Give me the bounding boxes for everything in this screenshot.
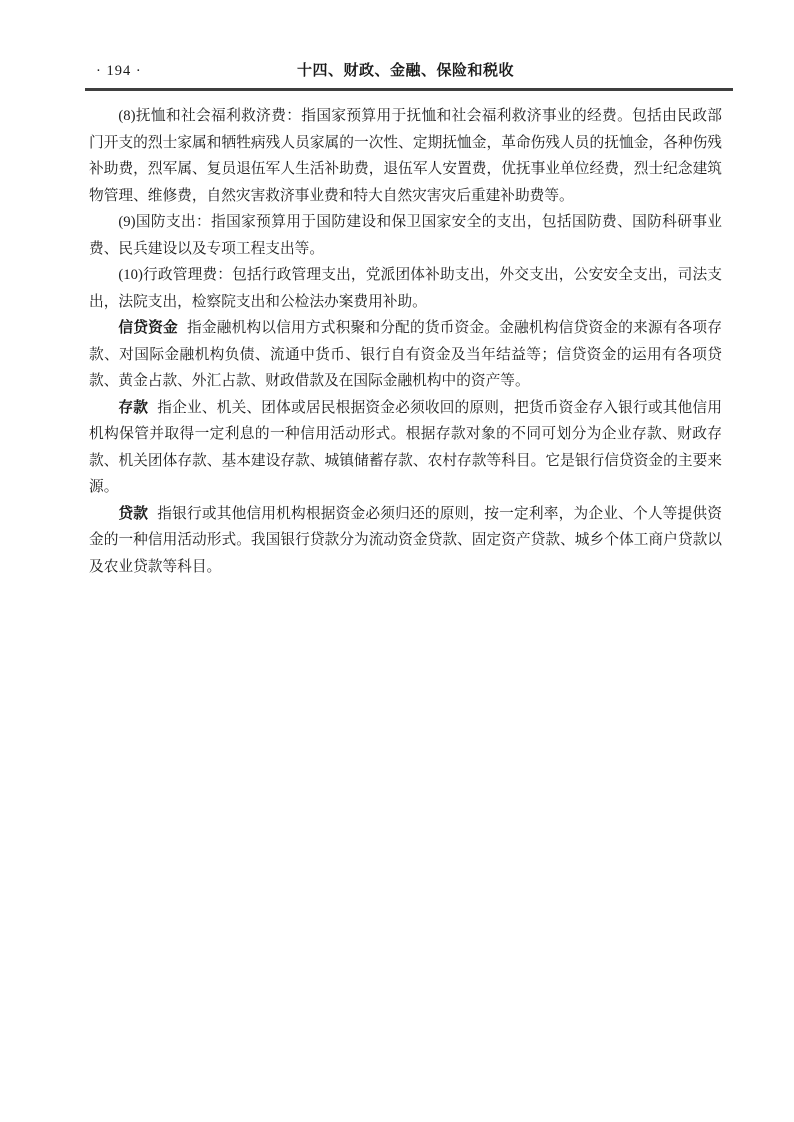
paragraph-text: 指企业、机关、团体或居民根据资金必须收回的原则，把货币资金存入银行或其他信用机构…: [89, 400, 722, 496]
header-rule: [85, 88, 733, 91]
paragraph-admin-expense: (10)行政管理费：包括行政管理支出，党派团体补助支出，外交支出，公安安全支出，…: [89, 262, 722, 315]
term-label: 信贷资金: [118, 320, 177, 336]
paragraph-text: 指银行或其他信用机构根据资金必须归还的原则，按一定利率，为企业、个人等提供资金的…: [89, 506, 722, 575]
paragraph-pension-welfare: (8)抚恤和社会福利救济费：指国家预算用于抚恤和社会福利救济事业的经费。包括由民…: [89, 103, 722, 209]
term-label: 存款: [118, 400, 148, 416]
paragraph-text: (9)国防支出：指国家预算用于国防建设和保卫国家安全的支出，包括国防费、国防科研…: [89, 214, 722, 257]
paragraph-text: (10)行政管理费：包括行政管理支出，党派团体补助支出，外交支出，公安安全支出，…: [89, 267, 722, 310]
page-header: · 194 · 十四、财政、金融、保险和税收: [89, 60, 722, 82]
page-body: (8)抚恤和社会福利救济费：指国家预算用于抚恤和社会福利救济事业的经费。包括由民…: [89, 103, 722, 580]
paragraph-text: 指金融机构以信用方式积聚和分配的货币资金。金融机构信贷资金的来源有各项存款、对国…: [89, 320, 722, 389]
document-page: · 194 · 十四、财政、金融、保险和税收 (8)抚恤和社会福利救济费：指国家…: [0, 0, 794, 1122]
paragraph-loans: 贷款指银行或其他信用机构根据资金必须归还的原则，按一定利率，为企业、个人等提供资…: [89, 501, 722, 581]
paragraph-defense-expenditure: (9)国防支出：指国家预算用于国防建设和保卫国家安全的支出，包括国防费、国防科研…: [89, 209, 722, 262]
chapter-title: 十四、财政、金融、保险和税收: [89, 60, 722, 82]
page-number: · 194 ·: [96, 60, 142, 82]
paragraph-text: (8)抚恤和社会福利救济费：指国家预算用于抚恤和社会福利救济事业的经费。包括由民…: [89, 108, 722, 204]
term-label: 贷款: [118, 506, 148, 522]
paragraph-credit-funds: 信贷资金指金融机构以信用方式积聚和分配的货币资金。金融机构信贷资金的来源有各项存…: [89, 315, 722, 395]
paragraph-deposits: 存款指企业、机关、团体或居民根据资金必须收回的原则，把货币资金存入银行或其他信用…: [89, 395, 722, 501]
